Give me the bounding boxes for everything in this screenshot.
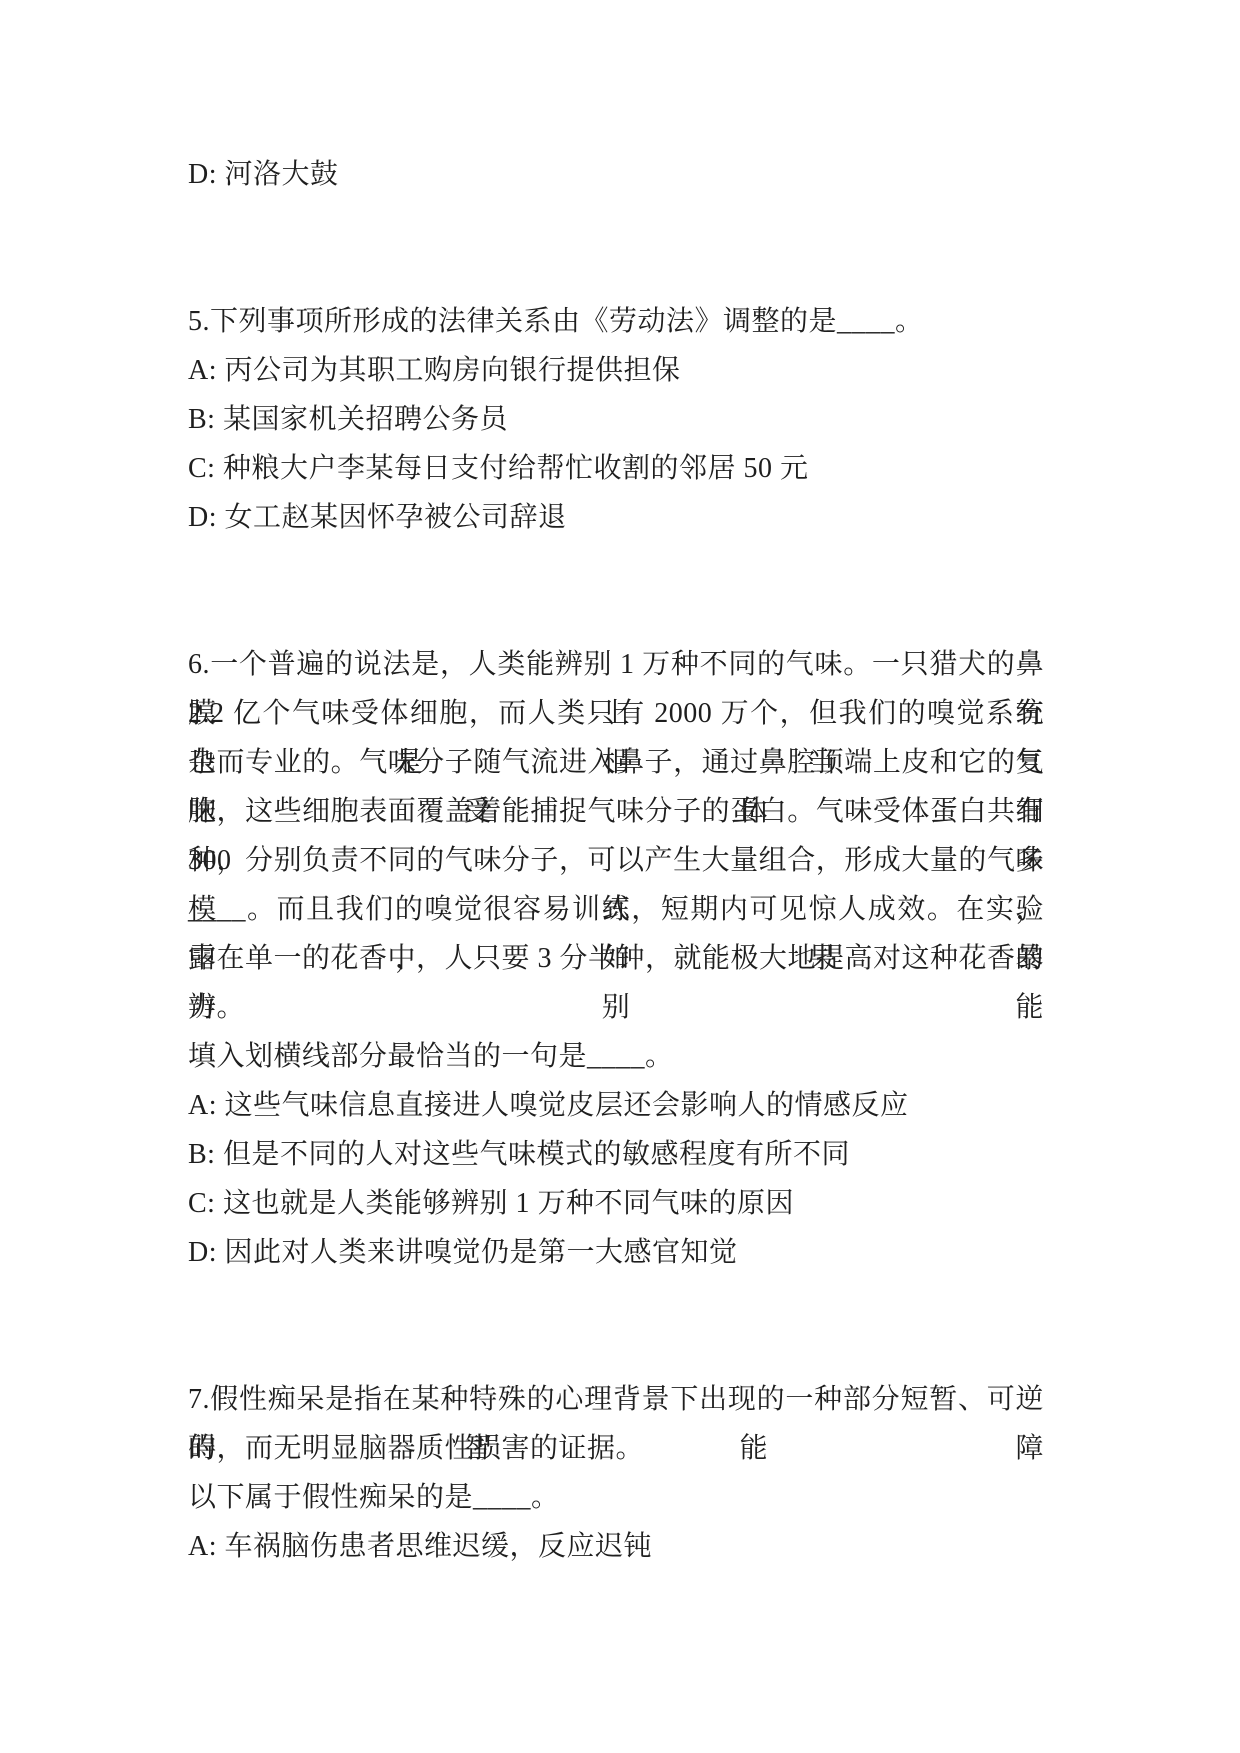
question-6-stem-line: 胞，这些细胞表面覆盖着能捕捉气味分子的蛋白。气味受体蛋白共有 300 多 [188, 787, 1044, 836]
question-7-option-a: A: 车祸脑伤患者思维迟缓，反应迟钝 [188, 1522, 1044, 1571]
question-6-stem-line: 2.2 亿个气味受体细胞，而人类只有 2000 万个，但我们的嗅觉系统也是相当复 [188, 689, 1044, 738]
question-6-stem-line: ____。而且我们的嗅觉很容易训练，短期内可见惊人成效。在实验中，如果暴 [188, 885, 1044, 934]
question-6-option-a: A: 这些气味信息直接进人嗅觉皮层还会影响人的情感反应 [188, 1081, 1044, 1130]
question-5-option-a: A: 丙公司为其职工购房向银行提供担保 [188, 346, 1044, 395]
option-line-prev-d: D: 河洛大鼓 [188, 150, 1044, 199]
question-6-option-b: B: 但是不同的人对这些气味模式的敏感程度有所不同 [188, 1130, 1044, 1179]
question-6-stem-line: 6.一个普遍的说法是，人类能辨别 1 万种不同的气味。一只猎犬的鼻膜上有 [188, 640, 1044, 689]
question-7-stem-line: 7.假性痴呆是指在某种特殊的心理背景下出现的一种部分短暂、可逆的智能障 [188, 1375, 1044, 1424]
question-5-option-c: C: 种粮大户李某每日支付给帮忙收割的邻居 50 元 [188, 444, 1044, 493]
question-5-option-b: B: 某国家机关招聘公务员 [188, 395, 1044, 444]
question-6-prompt-line: 填入划横线部分最恰当的一句是____。 [188, 1032, 1044, 1081]
question-5-option-d: D: 女工赵某因怀孕被公司辞退 [188, 493, 1044, 542]
exam-document: D: 河洛大鼓 5.下列事项所形成的法律关系由《劳动法》调整的是____。 A:… [188, 0, 1044, 1571]
question-6-stem-line: 种，分别负责不同的气味分子，可以产生大量组合，形成大量的气味模式， [188, 836, 1044, 885]
question-5-stem-line: 5.下列事项所形成的法律关系由《劳动法》调整的是____。 [188, 297, 1044, 346]
question-6-option-d: D: 因此对人类来讲嗅觉仍是第一大感官知觉 [188, 1228, 1044, 1277]
question-6-option-c: C: 这也就是人类能够辨别 1 万种不同气味的原因 [188, 1179, 1044, 1228]
question-6-stem-line: 杂而专业的。气味分子随气流进入鼻子，通过鼻腔顶端上皮和它的气味受体细 [188, 738, 1044, 787]
question-7-prompt-line: 以下属于假性痴呆的是____。 [188, 1473, 1044, 1522]
exam-page: D: 河洛大鼓 5.下列事项所形成的法律关系由《劳动法》调整的是____。 A:… [0, 0, 1240, 1753]
question-6-stem-line: 露在单一的花香中，人只要 3 分半钟，就能极大地提高对这种花香的辨别能 [188, 934, 1044, 983]
